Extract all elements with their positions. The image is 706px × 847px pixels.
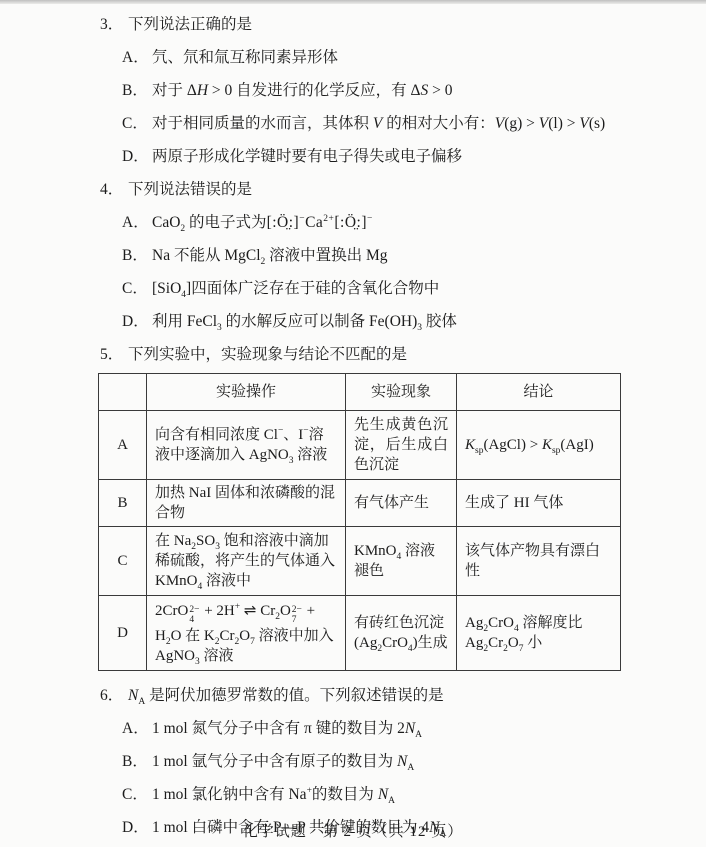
question-number: 3． xyxy=(100,16,128,33)
question-6-option-b: B． 1 mol 氩气分子中含有原子的数目为 NA xyxy=(100,753,686,770)
question-5-stem: 5． 下列实验中，实验现象与结论不匹配的是 xyxy=(100,346,686,363)
option-text: 氕、氘和氚互称同素异形体 xyxy=(152,49,686,66)
row-conclusion: 该气体产物具有漂白性 xyxy=(457,527,621,596)
scan-edge xyxy=(0,0,706,4)
question-3-stem: 3． 下列说法正确的是 xyxy=(100,16,686,33)
row-key: A xyxy=(99,411,147,480)
option-label: C． xyxy=(122,115,152,132)
option-label: C． xyxy=(122,280,152,297)
question-3-option-b: B． 对于 ΔH > 0 自发进行的化学反应，有 ΔS > 0 xyxy=(100,82,686,99)
question-3-option-d: D． 两原子形成化学键时要有电子得失或电子偏移 xyxy=(100,148,686,165)
question-4-option-a: A． CaO2 的电子式为[:Ö̤:]−Ca2+[:Ö̤:]− xyxy=(100,214,686,231)
row-operation: 在 Na2SO3 饱和溶液中滴加稀硫酸，将产生的气体通入 KMnO4 溶液中 xyxy=(147,527,346,596)
option-label: B． xyxy=(122,247,152,264)
row-conclusion: Ksp(AgCl) > Ksp(AgI) xyxy=(457,411,621,480)
question-number: 6． xyxy=(100,687,128,704)
question-6: 6． NA 是阿伏加德罗常数的值。下列叙述错误的是 A． 1 mol 氮气分子中… xyxy=(100,687,686,836)
option-label: A． xyxy=(122,49,152,66)
header-conclusion: 结论 xyxy=(457,374,621,411)
row-operation: 加热 NaI 固体和浓磷酸的混合物 xyxy=(147,480,346,527)
table-row-d: D 2CrO2−4 + 2H+ ⇌ Cr2O2−7 + H2O 在 K2Cr2O… xyxy=(99,596,621,671)
table-row-c: C 在 Na2SO3 饱和溶液中滴加稀硫酸，将产生的气体通入 KMnO4 溶液中… xyxy=(99,527,621,596)
option-label: A． xyxy=(122,214,152,231)
table-row-a: A 向含有相同浓度 Cl−、I−溶液中逐滴加入 AgNO3 溶液 先生成黄色沉淀… xyxy=(99,411,621,480)
question-3-option-a: A． 氕、氘和氚互称同素异形体 xyxy=(100,49,686,66)
question-text: 下列说法错误的是 xyxy=(128,181,686,198)
row-phenomenon: 先生成黄色沉淀，后生成白色沉淀 xyxy=(346,411,457,480)
row-key: B xyxy=(99,480,147,527)
row-conclusion: Ag2CrO4 溶解度比 Ag2Cr2O7 小 xyxy=(457,596,621,671)
table-row-b: B 加热 NaI 固体和浓磷酸的混合物 有气体产生 生成了 HI 气体 xyxy=(99,480,621,527)
header-operation: 实验操作 xyxy=(147,374,346,411)
question-4-option-b: B． Na 不能从 MgCl2 溶液中置换出 Mg xyxy=(100,247,686,264)
row-key: D xyxy=(99,596,147,671)
option-label: D． xyxy=(122,313,152,330)
option-text: 1 mol 氩气分子中含有原子的数目为 NA xyxy=(152,753,686,770)
row-conclusion: 生成了 HI 气体 xyxy=(457,480,621,527)
row-phenomenon: 有砖红色沉淀 (Ag2CrO4)生成 xyxy=(346,596,457,671)
option-label: C． xyxy=(122,786,152,803)
option-text: 对于 ΔH > 0 自发进行的化学反应，有 ΔS > 0 xyxy=(152,82,686,99)
question-4-option-c: C． [SiO4]四面体广泛存在于硅的含氧化合物中 xyxy=(100,280,686,297)
option-text: 两原子形成化学键时要有电子得失或电子偏移 xyxy=(152,148,686,165)
question-4-stem: 4． 下列说法错误的是 xyxy=(100,181,686,198)
question-6-option-a: A． 1 mol 氮气分子中含有 π 键的数目为 2NA xyxy=(100,720,686,737)
page-footer: 化学试题 第 2 页（共 12 页） xyxy=(0,820,706,841)
option-label: B． xyxy=(122,753,152,770)
option-label: B． xyxy=(122,82,152,99)
option-text: 1 mol 氮气分子中含有 π 键的数目为 2NA xyxy=(152,720,686,737)
option-label: D． xyxy=(122,148,152,165)
experiment-table: 实验操作 实验现象 结论 A 向含有相同浓度 Cl−、I−溶液中逐滴加入 AgN… xyxy=(98,373,621,671)
header-phenomenon: 实验现象 xyxy=(346,374,457,411)
question-6-stem: 6． NA 是阿伏加德罗常数的值。下列叙述错误的是 xyxy=(100,687,686,704)
option-text: [SiO4]四面体广泛存在于硅的含氧化合物中 xyxy=(152,280,686,297)
question-number: 5． xyxy=(100,346,128,363)
row-operation: 向含有相同浓度 Cl−、I−溶液中逐滴加入 AgNO3 溶液 xyxy=(147,411,346,480)
question-3-option-c: C． 对于相同质量的水而言，其体积 V 的相对大小有：V(g) > V(l) >… xyxy=(100,115,686,132)
option-text: 对于相同质量的水而言，其体积 V 的相对大小有：V(g) > V(l) > V(… xyxy=(152,115,686,132)
question-6-option-c: C． 1 mol 氯化钠中含有 Na+的数目为 NA xyxy=(100,786,686,803)
question-text: 下列说法正确的是 xyxy=(128,16,686,33)
question-5: 5． 下列实验中，实验现象与结论不匹配的是 实验操作 实验现象 结论 A 向含有… xyxy=(100,346,686,671)
table-header-row: 实验操作 实验现象 结论 xyxy=(99,374,621,411)
row-key: C xyxy=(99,527,147,596)
question-3: 3． 下列说法正确的是 A． 氕、氘和氚互称同素异形体 B． 对于 ΔH > 0… xyxy=(100,16,686,165)
row-phenomenon: KMnO4 溶液褪色 xyxy=(346,527,457,596)
question-4: 4． 下列说法错误的是 A． CaO2 的电子式为[:Ö̤:]−Ca2+[:Ö̤… xyxy=(100,181,686,330)
option-text: 利用 FeCl3 的水解反应可以制备 Fe(OH)3 胶体 xyxy=(152,313,686,330)
row-operation: 2CrO2−4 + 2H+ ⇌ Cr2O2−7 + H2O 在 K2Cr2O7 … xyxy=(147,596,346,671)
question-text: 下列实验中，实验现象与结论不匹配的是 xyxy=(128,346,686,363)
header-blank xyxy=(99,374,147,411)
option-text: 1 mol 氯化钠中含有 Na+的数目为 NA xyxy=(152,786,686,803)
question-number: 4． xyxy=(100,181,128,198)
question-4-option-d: D． 利用 FeCl3 的水解反应可以制备 Fe(OH)3 胶体 xyxy=(100,313,686,330)
option-text: CaO2 的电子式为[:Ö̤:]−Ca2+[:Ö̤:]− xyxy=(152,214,686,231)
exam-page: 3． 下列说法正确的是 A． 氕、氘和氚互称同素异形体 B． 对于 ΔH > 0… xyxy=(0,0,706,836)
row-phenomenon: 有气体产生 xyxy=(346,480,457,527)
option-text: Na 不能从 MgCl2 溶液中置换出 Mg xyxy=(152,247,686,264)
option-label: A． xyxy=(122,720,152,737)
question-text: NA 是阿伏加德罗常数的值。下列叙述错误的是 xyxy=(128,687,686,704)
